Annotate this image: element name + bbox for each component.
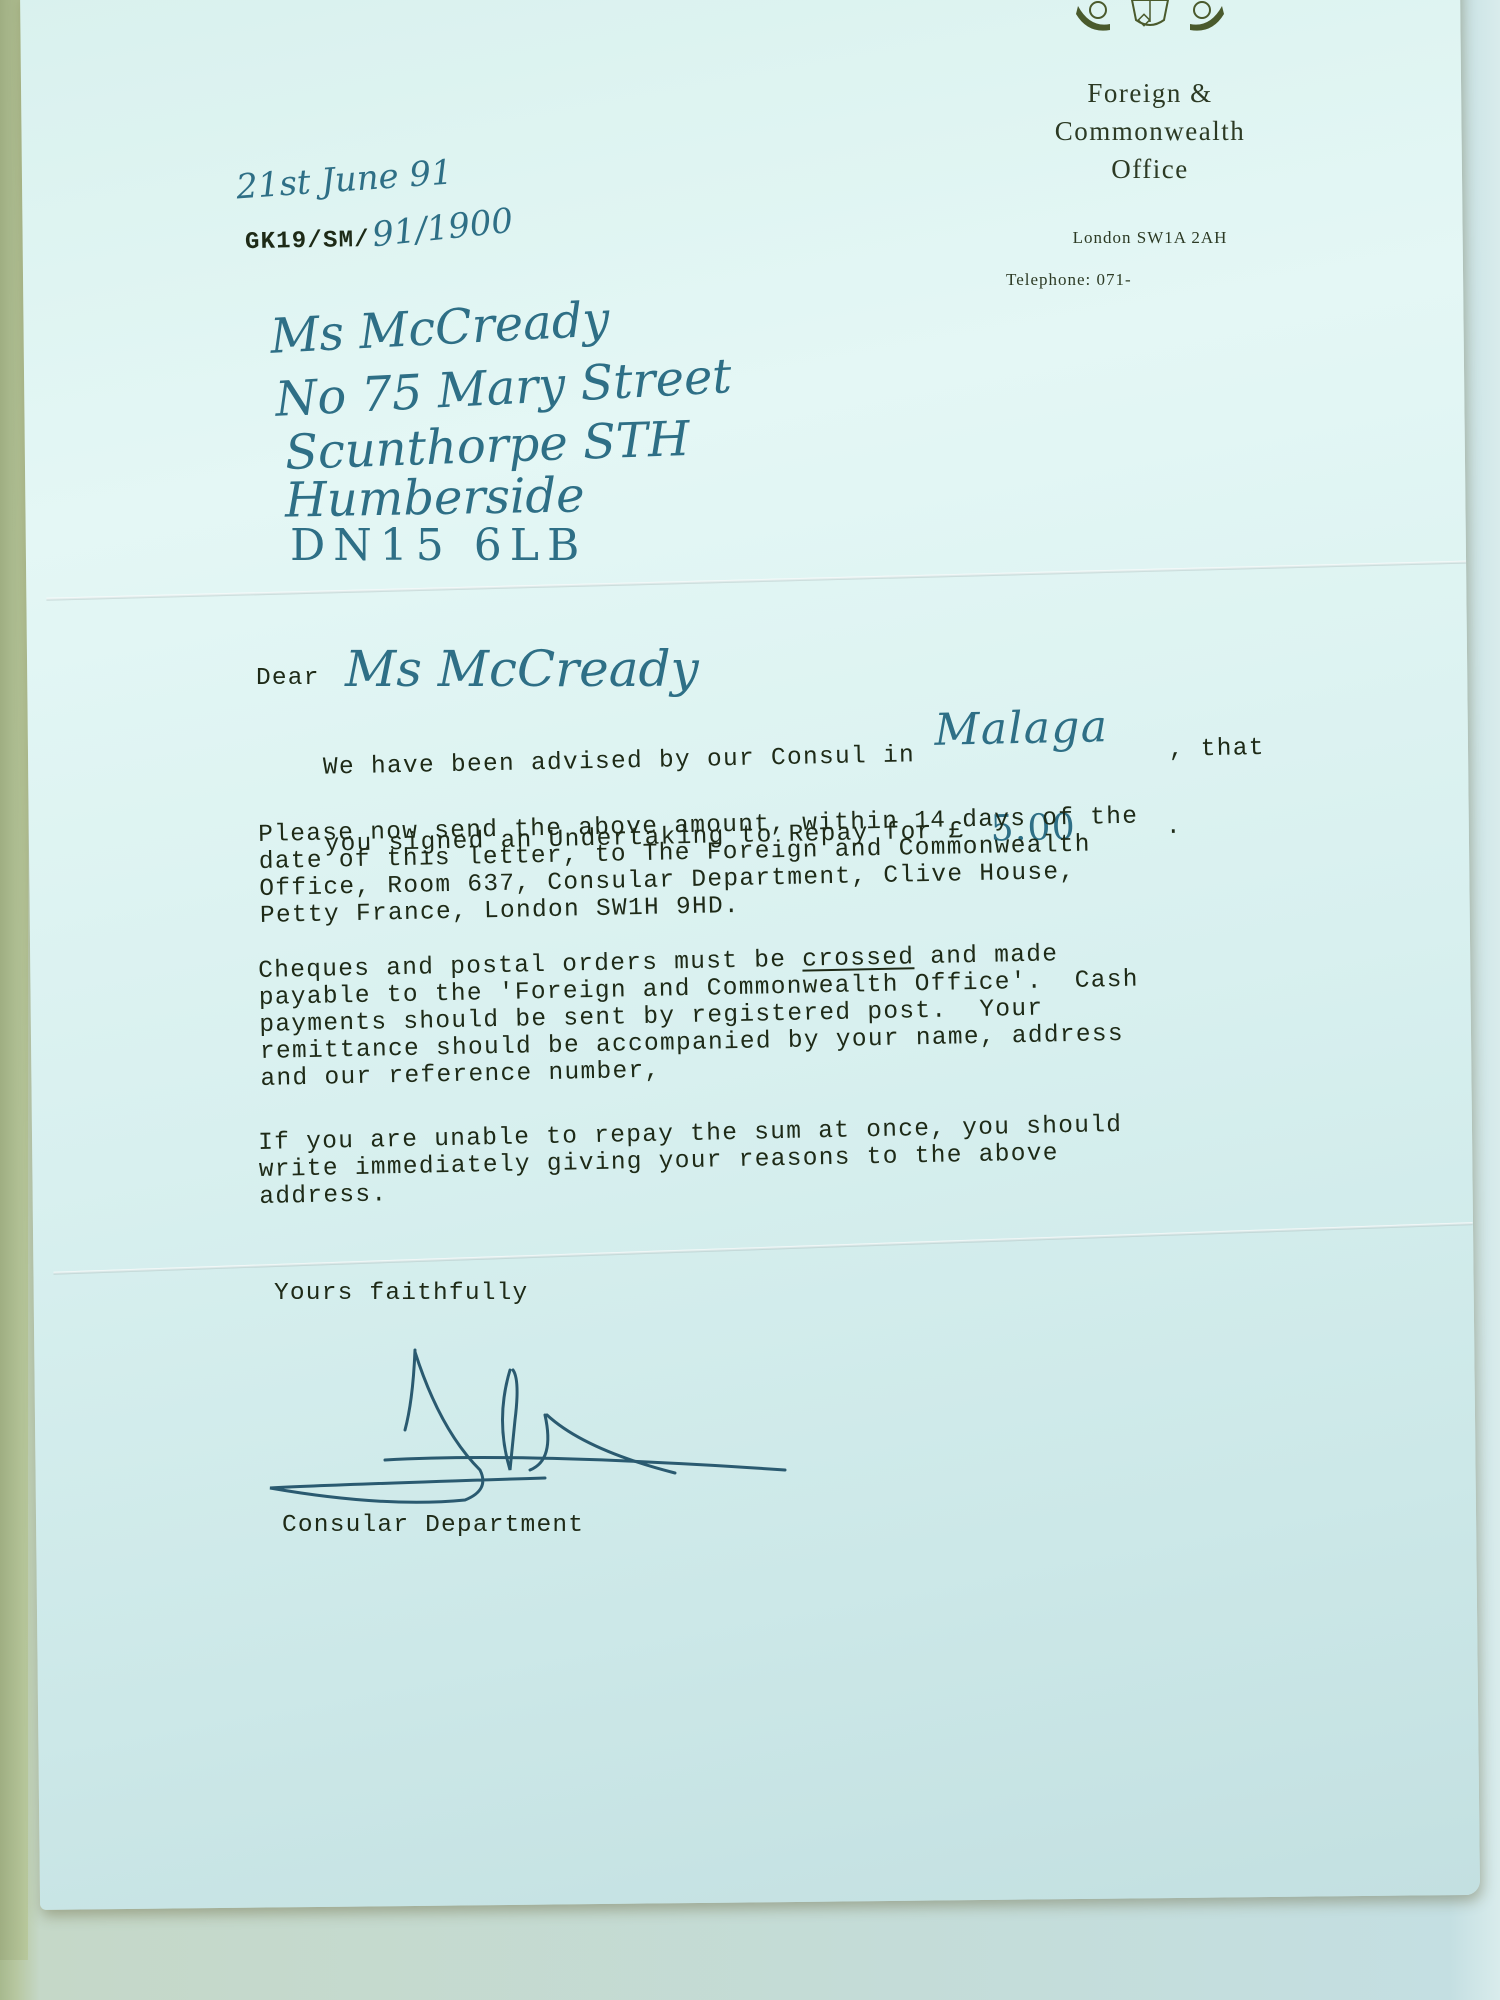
royal-crest-icon bbox=[1070, 0, 1230, 34]
salutation-dear: Dear bbox=[256, 665, 320, 692]
fold-crease-top bbox=[46, 561, 1466, 601]
salutation-name: Ms McCready bbox=[345, 640, 699, 698]
p3-line1-end: and made bbox=[914, 941, 1059, 971]
signature-icon bbox=[265, 1340, 805, 1510]
valediction: Yours faithfully bbox=[274, 1280, 528, 1307]
org-name-line2: Commonwealth bbox=[1000, 112, 1300, 150]
paragraph-3: Cheques and postal orders must be crosse… bbox=[258, 940, 1141, 1093]
crossed-underlined: crossed bbox=[802, 944, 915, 973]
org-name-line3: Office bbox=[1000, 150, 1300, 188]
p1-line1-text: We have been advised by our Consul in bbox=[323, 742, 916, 781]
letterhead: Foreign & Commonwealth Office London SW1… bbox=[1000, 0, 1300, 290]
recipient-postcode: DN15 6LB bbox=[290, 520, 587, 571]
org-name-line1: Foreign & bbox=[1000, 74, 1300, 112]
org-telephone: Telephone: 071- bbox=[1000, 270, 1300, 290]
p1-line1-end: , that bbox=[1168, 735, 1265, 764]
paragraph-2: Please now send the above amount, within… bbox=[258, 804, 1140, 930]
org-name: Foreign & Commonwealth Office bbox=[1000, 74, 1300, 188]
signatory-department: Consular Department bbox=[282, 1512, 584, 1539]
fold-crease-bottom bbox=[53, 1222, 1472, 1275]
reference-typed: GK19/SM/ bbox=[245, 227, 370, 256]
p1-line2-end: . bbox=[1166, 814, 1183, 841]
consul-location: Malaga bbox=[934, 701, 1109, 756]
org-address: London SW1A 2AH bbox=[1000, 228, 1300, 248]
